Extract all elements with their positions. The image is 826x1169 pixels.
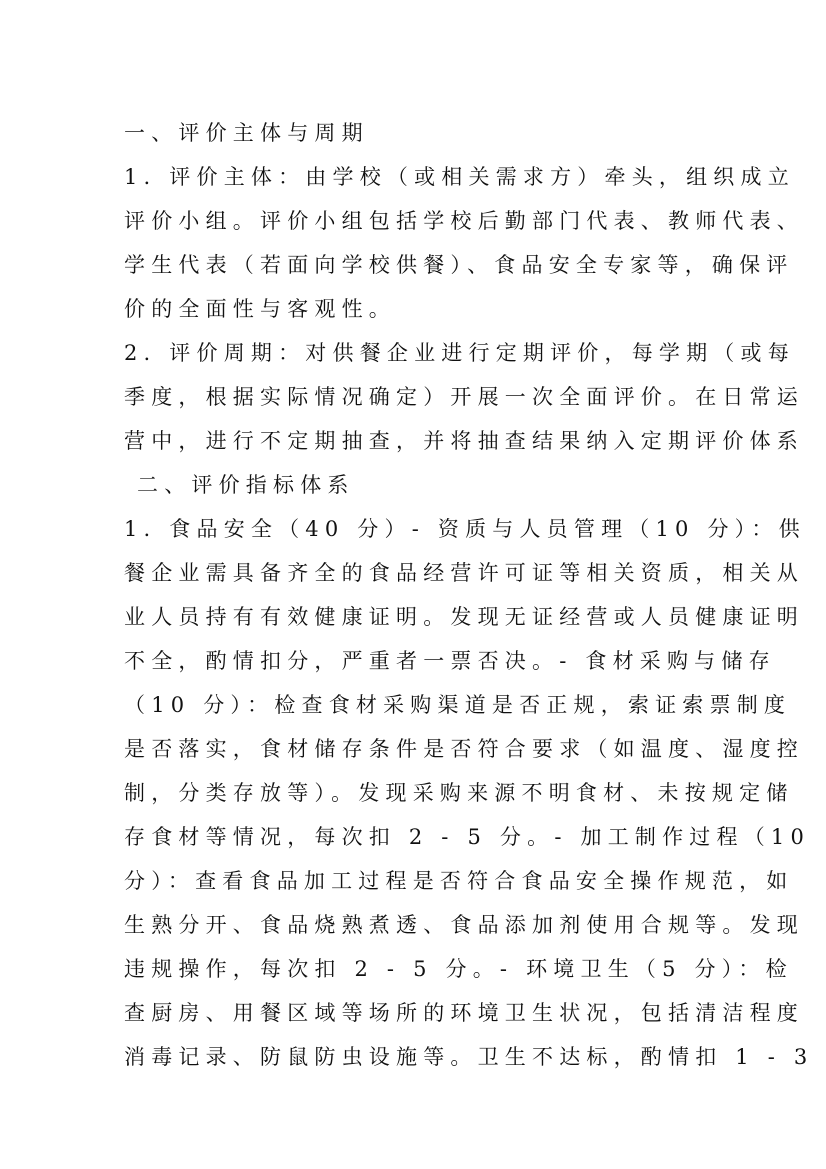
- paragraph-line: 学生代表（若面向学校供餐）、食品安全专家等，确保评: [124, 250, 714, 294]
- paragraph-line: 不全，酌情扣分，严重者一票否决。- 食材采购与储存: [124, 646, 714, 690]
- paragraph-line: （10 分）：检查食材采购渠道是否正规，索证索票制度: [124, 690, 714, 734]
- paragraph-line: 查厨房、用餐区域等场所的环境卫生状况，包括清洁程度: [124, 998, 714, 1042]
- paragraph-line: 评价小组。评价小组包括学校后勤部门代表、教师代表、: [124, 206, 714, 250]
- paragraph-line: 季度，根据实际情况确定）开展一次全面评价。在日常运: [124, 382, 714, 426]
- paragraph-line: 生熟分开、食品烧熟煮透、食品添加剂使用合规等。发现: [124, 910, 714, 954]
- paragraph-line: 制，分类存放等）。发现采购来源不明食材、未按规定储: [124, 778, 714, 822]
- paragraph-line: 分）：查看食品加工过程是否符合食品安全操作规范，如: [124, 866, 714, 910]
- document-page: 一、评价主体与周期 1. 评价主体：由学校（或相关需求方）牵头，组织成立 评价小…: [124, 118, 714, 1086]
- section-heading-2: 二、评价指标体系: [124, 470, 714, 514]
- paragraph-line: 价的全面性与客观性。: [124, 294, 714, 338]
- section-heading-1: 一、评价主体与周期: [124, 118, 714, 162]
- paragraph-line: 餐企业需具备齐全的食品经营许可证等相关资质，相关从: [124, 558, 714, 602]
- paragraph-line: 消毒记录、防鼠防虫设施等。卫生不达标，酌情扣 1 - 3: [124, 1042, 714, 1086]
- paragraph-line: 是否落实，食材储存条件是否符合要求（如温度、湿度控: [124, 734, 714, 778]
- paragraph-line: 营中，进行不定期抽查，并将抽查结果纳入定期评价体系: [124, 426, 714, 470]
- paragraph-line: 2. 评价周期：对供餐企业进行定期评价，每学期（或每: [124, 338, 714, 382]
- paragraph-line: 1. 食品安全（40 分）- 资质与人员管理（10 分）：供: [124, 514, 714, 558]
- paragraph-line: 1. 评价主体：由学校（或相关需求方）牵头，组织成立: [124, 162, 714, 206]
- paragraph-line: 违规操作，每次扣 2 - 5 分。- 环境卫生（5 分）：检: [124, 954, 714, 998]
- paragraph-line: 业人员持有有效健康证明。发现无证经营或人员健康证明: [124, 602, 714, 646]
- paragraph-line: 存食材等情况，每次扣 2 - 5 分。- 加工制作过程（10: [124, 822, 714, 866]
